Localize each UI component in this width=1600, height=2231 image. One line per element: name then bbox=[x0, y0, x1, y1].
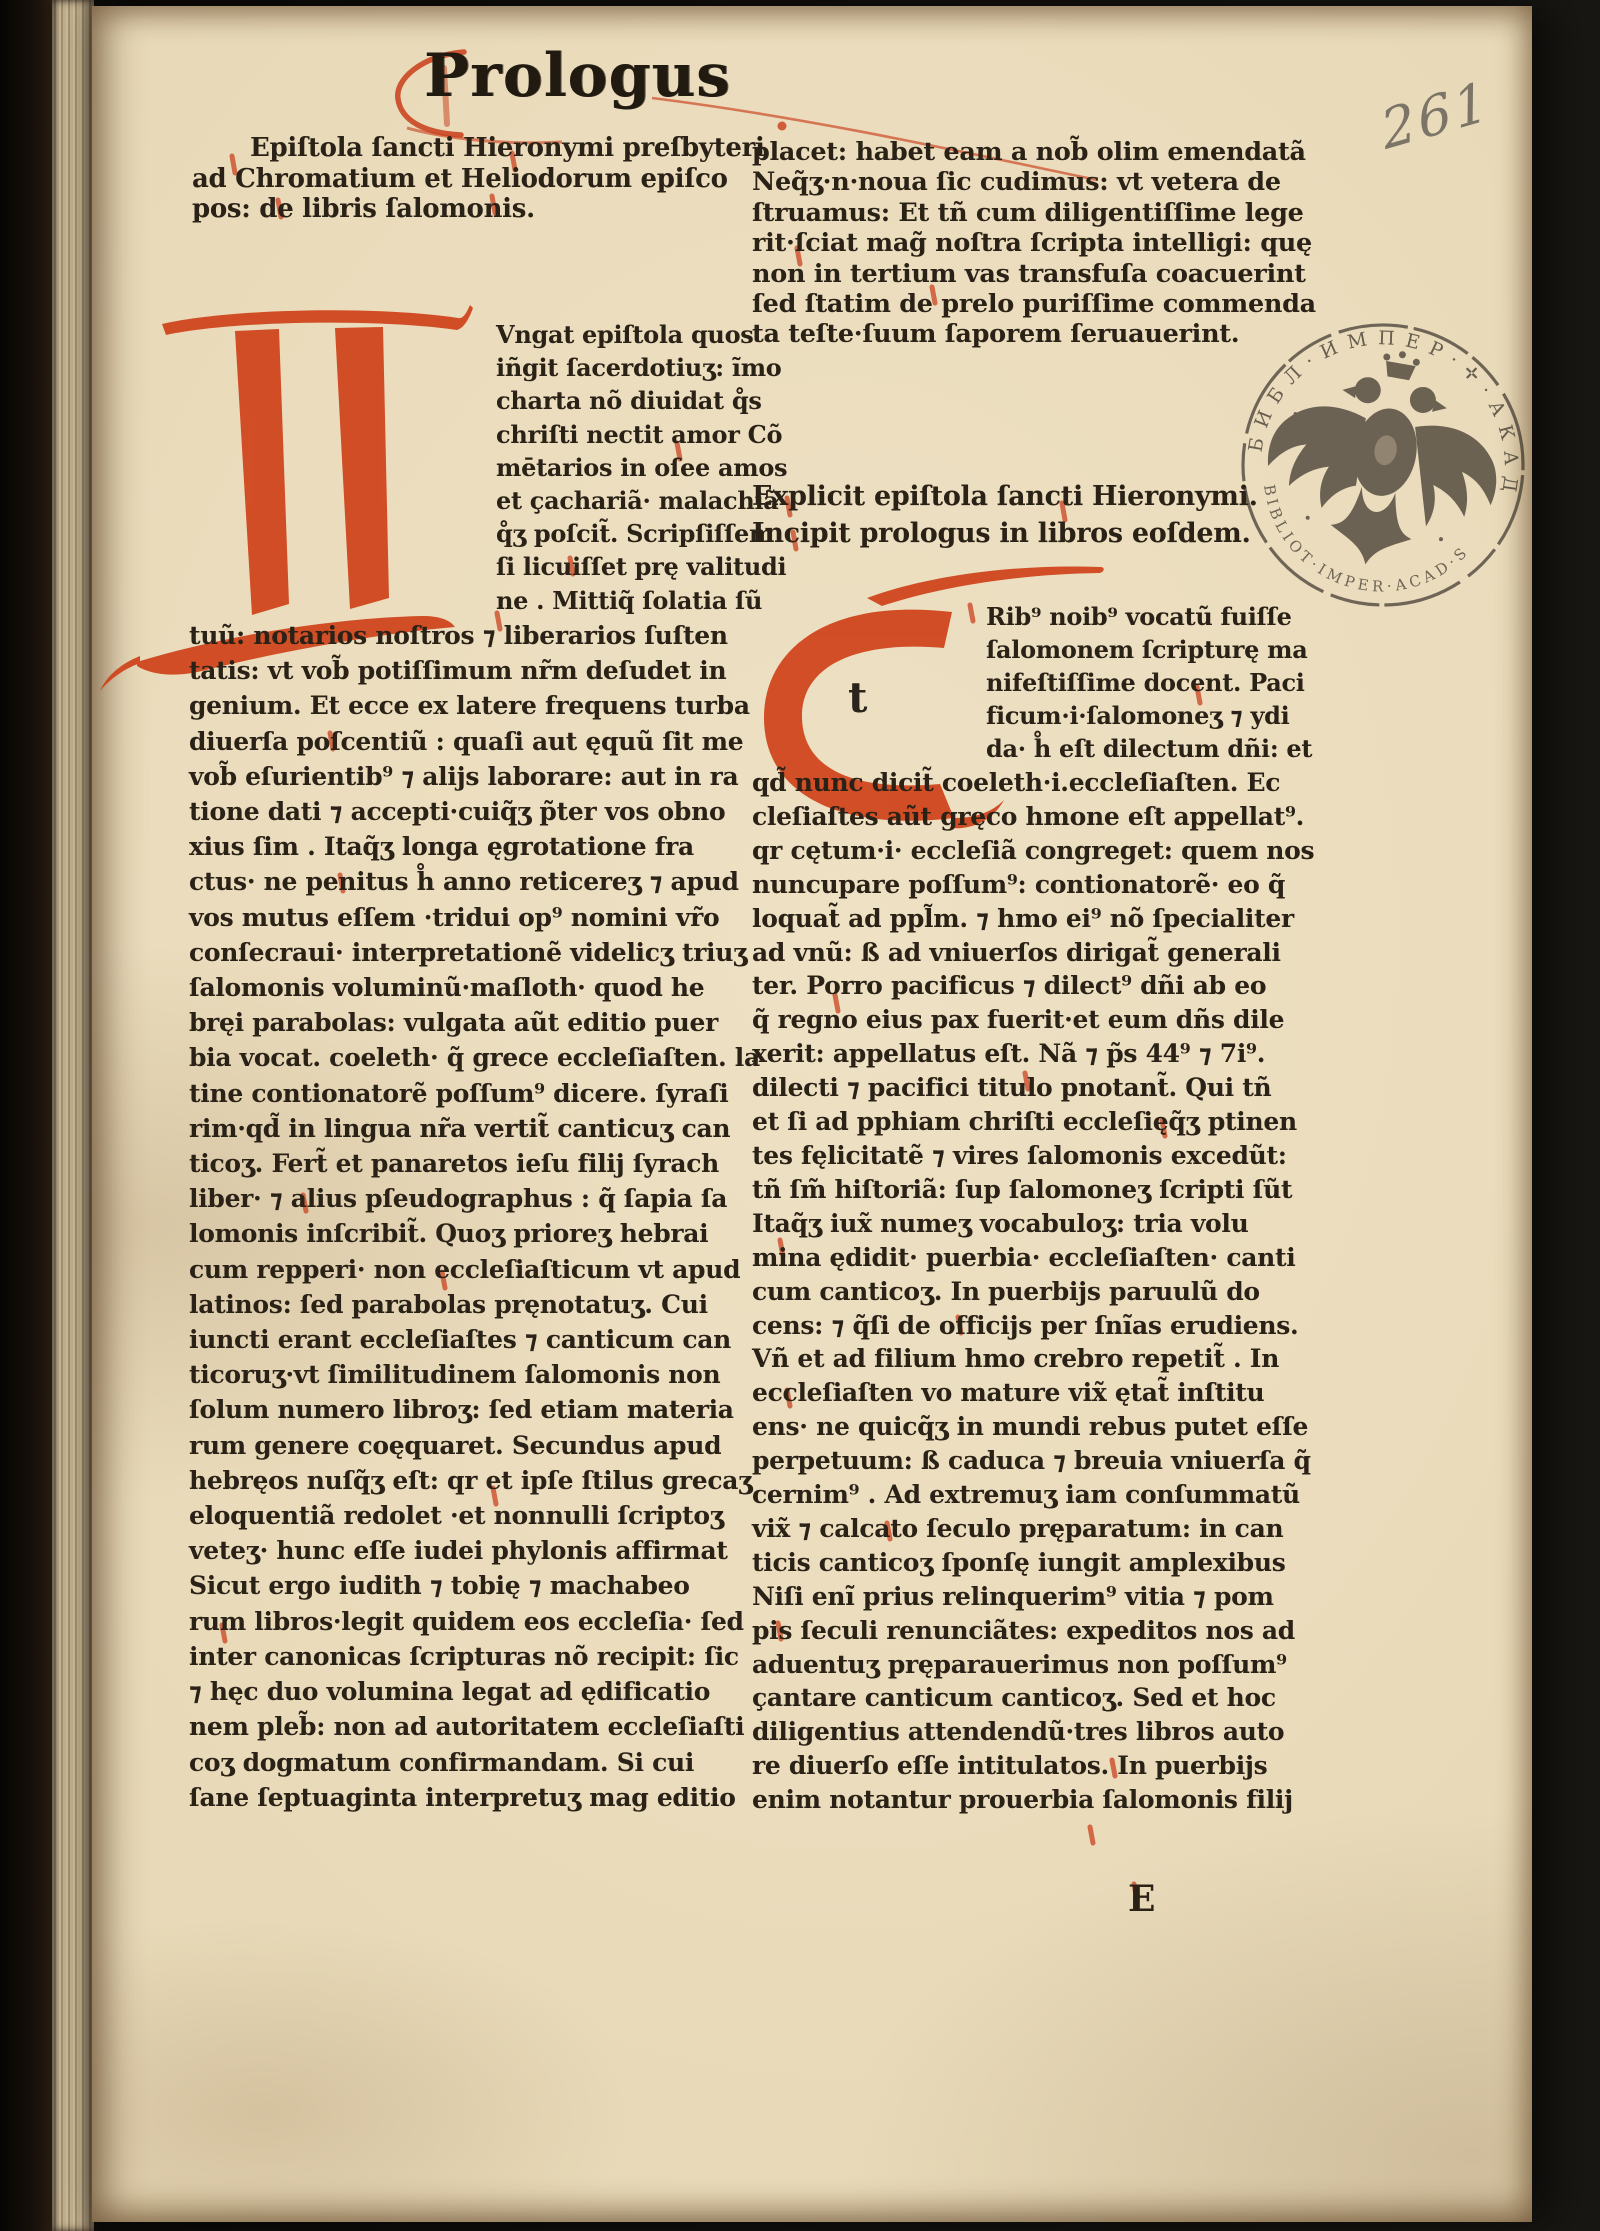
parchment-page: t Prologus 261 Epiſtola ſancti Hieronymi… bbox=[92, 6, 1532, 2222]
signature-mark: E bbox=[1128, 1878, 1155, 1920]
right-column-text-beside-initial: Rib⁹ noib⁹ vocatũ fuiſſe ſalomonem ſcrip… bbox=[986, 600, 1312, 765]
book-spine bbox=[0, 0, 56, 2231]
page-title: Prologus bbox=[424, 44, 731, 108]
library-stamp: БИБЛ·ИМПЕР·✛·АКАД BIBLIOT·IMPER·ACAD·S bbox=[1228, 310, 1538, 620]
explicit-incipit-lines: Explicit epiſtola ſancti Hieronymi. Inci… bbox=[752, 478, 1258, 552]
left-column-body-text: tuũ: notarios noſtros ⁊ liberarios ſuſte… bbox=[189, 618, 760, 1815]
pencil-folio-number: 261 bbox=[1377, 69, 1496, 162]
photograph-of-incunabulum-page: t Prologus 261 Epiſtola ſancti Hieronymi… bbox=[0, 0, 1600, 2231]
right-column-body-text: qd̃ nunc dicit̃ coeleth·i.eccleſiaſten. … bbox=[752, 766, 1314, 1817]
initial-guide-letter: t bbox=[848, 673, 868, 722]
page-edges bbox=[52, 0, 94, 2231]
left-column-heading: Epiſtola ſancti Hieronymi preſbyteri ad … bbox=[192, 133, 765, 225]
red-dot bbox=[778, 122, 787, 131]
left-column-text-beside-initial: Vngat epiſtola quos iñgit ſacerdotiuʒ: ĩ… bbox=[496, 318, 787, 617]
